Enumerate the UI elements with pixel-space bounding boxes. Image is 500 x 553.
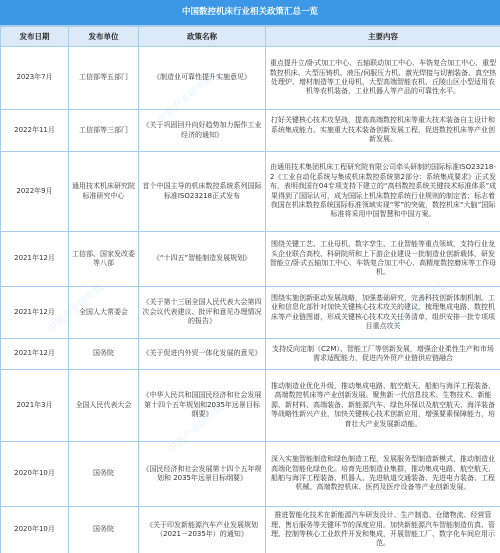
cell-policy: 《“十四五”智能制造发展规划》	[139, 232, 266, 287]
cell-issuer: 工信部等三部门	[69, 110, 139, 152]
cell-date: 2021年12月	[1, 339, 69, 370]
cell-policy: 《制造业可靠性提升实施意见》	[139, 47, 266, 110]
cell-issuer: 国务院	[69, 339, 139, 370]
table-row: 2020年10月 国务院 《关于印发新能源汽车产业发展规划（2021－2035年…	[1, 507, 500, 553]
cell-date: 2021年12月	[1, 287, 69, 339]
cell-date: 2022年11月	[1, 110, 69, 152]
cell-date: 2020年10月	[1, 442, 69, 507]
cell-policy: 《关于巩固回升向好趋势加力振作工业经济的通知》	[139, 110, 266, 152]
cell-issuer: 通用技术机床研究院标准研究中心	[69, 152, 139, 232]
table-row: 2021年12月 工信部、国家发改委等八部 《“十四五”智能制造发展规划》 围绕…	[1, 232, 500, 287]
cell-date: 2023年7月	[1, 47, 69, 110]
cell-content: 重点提升立/卧式加工中心、五轴联动加工中心、车铣复合加工中心、重型数控机床、大型…	[266, 47, 500, 110]
policy-summary-table-container: 中国数控机床行业相关政策汇总一览 发布日期 发布单位 政策名称 主要内容 202…	[0, 0, 500, 553]
policy-table: 发布日期 发布单位 政策名称 主要内容 2023年7月 工信部等五部门 《制造业…	[0, 26, 500, 553]
table-title: 中国数控机床行业相关政策汇总一览	[0, 0, 500, 26]
table-row: 2021年12月 国务院 《关于促进内外贸一体化发展的意见》 支持反向定制（C2…	[1, 339, 500, 370]
cell-date: 2021年3月	[1, 370, 69, 442]
cell-content: 围绕实施创新驱动发展战略，加强基础研究，完善科技创新体制机制。工业和信息化部针对…	[266, 287, 500, 339]
cell-policy: 《中华人民共和国国民经济和社会发展第十四个五年规划和2035年远景目标纲要》	[139, 370, 266, 442]
column-header-issuer: 发布单位	[69, 27, 139, 47]
column-header-date: 发布日期	[1, 27, 69, 47]
cell-content: 由通用技术集团机床工程研究院有限公司牵头研制的国际标准ISO23218-2《工业…	[266, 152, 500, 232]
table-row: 2022年9月 通用技术机床研究院标准研究中心 首个中国主导的机床数控系统系列国…	[1, 152, 500, 232]
cell-issuer: 国务院	[69, 442, 139, 507]
cell-policy: 首个中国主导的机床数控系统系列国际标准ISO23218正式发布	[139, 152, 266, 232]
cell-content: 深入实施智能制造和绿色制造工程，发展服务型制造新模式，推动制造业高端化智能化绿色…	[266, 442, 500, 507]
cell-issuer: 工信部等五部门	[69, 47, 139, 110]
cell-content: 推进智能化技术在新能源汽车研发设计、生产制造、仓储物流、经营管理、售后服务等关键…	[266, 507, 500, 553]
table-row: 2021年12月 全国人大常委会 《关于第十三届全国人民代表大会第四次会议代表建…	[1, 287, 500, 339]
cell-content: 推动制造业优化升级，推动集成电路、航空航天、船舶与海洋工程装备、高端数控机床等产…	[266, 370, 500, 442]
cell-policy: 《关于促进内外贸一体化发展的意见》	[139, 339, 266, 370]
cell-policy: 《国民经济和社会发展第十四个五年规划和 2035年远景目标纲要》	[139, 442, 266, 507]
cell-issuer: 国务院	[69, 507, 139, 553]
cell-issuer: 全国人民代表大会	[69, 370, 139, 442]
cell-issuer: 工信部、国家发改委等八部	[69, 232, 139, 287]
cell-content: 支持反向定制（C2M）、智能工厂等创新发展，增强企业柔性生产和市场需求适配能力，…	[266, 339, 500, 370]
cell-policy: 《关于第十三届全国人民代表大会第四次会议代表建议、批评和意见办理情况的报告》	[139, 287, 266, 339]
table-row: 2022年11月 工信部等三部门 《关于巩固回升向好趋势加力振作工业经济的通知》…	[1, 110, 500, 152]
cell-issuer: 全国人大常委会	[69, 287, 139, 339]
cell-date: 2021年12月	[1, 232, 69, 287]
cell-content: 打好关键核心技术攻坚战，提高高端数控机床等重大技术装备自主设计和系统集成能力。实…	[266, 110, 500, 152]
table-row: 2021年3月 全国人民代表大会 《中华人民共和国国民经济和社会发展第十四个五年…	[1, 370, 500, 442]
cell-content: 围绕关键工艺、工业母机、数字孪生、工业智能等重点领域，支持行业龙头企业联合高校、…	[266, 232, 500, 287]
column-header-policy: 政策名称	[139, 27, 266, 47]
cell-date: 2020年10月	[1, 507, 69, 553]
header-row: 发布日期 发布单位 政策名称 主要内容	[1, 27, 500, 47]
column-header-content: 主要内容	[266, 27, 500, 47]
table-row: 2020年10月 国务院 《国民经济和社会发展第十四个五年规划和 2035年远景…	[1, 442, 500, 507]
cell-policy: 《关于印发新能源汽车产业发展规划（2021－2035年）的通知》	[139, 507, 266, 553]
cell-date: 2022年9月	[1, 152, 69, 232]
table-row: 2023年7月 工信部等五部门 《制造业可靠性提升实施意见》 重点提升立/卧式加…	[1, 47, 500, 110]
